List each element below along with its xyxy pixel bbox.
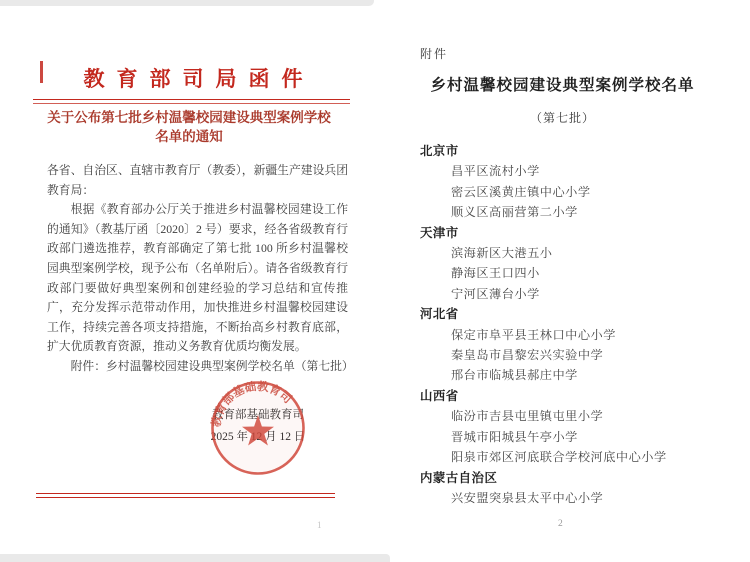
- footer-rule: [36, 493, 335, 498]
- notice-title: 关于公布第七批乡村温馨校园建设典型案例学校 名单的通知: [38, 108, 340, 146]
- page-number-left: 1: [317, 520, 322, 530]
- page-number-right: 2: [558, 519, 563, 529]
- attachment-label: 附件: [420, 45, 448, 62]
- school-item: 阳泉市郊区河底联合学校河底中心小学: [420, 447, 732, 467]
- scanned-document: 教育部司局函件 关于公布第七批乡村温馨校园建设典型案例学校 名单的通知 各省、自…: [0, 0, 750, 562]
- school-item: 密云区溪黄庄镇中心小学: [420, 182, 732, 202]
- school-item: 晋城市阳城县午亭小学: [420, 427, 732, 447]
- official-seal: 教育部基础教育司: [209, 379, 307, 477]
- school-item: 滨海新区大港五小: [420, 243, 732, 263]
- school-item: 顺义区高丽营第二小学: [420, 202, 732, 222]
- school-item: 兴安盟突泉县太平中心小学: [420, 488, 732, 508]
- region-heading: 天津市: [420, 223, 732, 243]
- letter-body: 各省、自治区、直辖市教育厅（教委），新疆生产建设兵团教育局： 根据《教育部办公厅…: [47, 161, 348, 377]
- scan-edge-bottom: [0, 554, 390, 562]
- region-heading: 内蒙古自治区: [420, 468, 732, 488]
- attachment-title: 乡村温馨校园建设典型案例学校名单: [375, 73, 750, 95]
- school-item: 秦皇岛市昌黎宏兴实验中学: [420, 345, 732, 365]
- scan-edge-top: [0, 0, 374, 6]
- attachment-reference: 附件：乡村温馨校园建设典型案例学校名单（第七批）: [47, 357, 348, 377]
- region-heading: 河北省: [420, 304, 732, 324]
- school-item: 静海区王口四小: [420, 263, 732, 283]
- attachment-subtitle: （第七批）: [375, 109, 750, 126]
- school-item: 临汾市吉县屯里镇屯里小学: [420, 406, 732, 426]
- school-item: 保定市阜平县王林口中心小学: [420, 325, 732, 345]
- region-heading: 北京市: [420, 141, 732, 161]
- body-paragraph: 根据《教育部办公厅关于推进乡村温馨校园建设工作的通知》（教基厅函〔2020〕2 …: [47, 200, 348, 357]
- letterhead-title: 教育部司局函件: [28, 63, 358, 93]
- notice-title-line2: 名单的通知: [38, 127, 340, 146]
- school-list: 北京市昌平区流村小学密云区溪黄庄镇中心小学顺义区高丽营第二小学天津市滨海新区大港…: [420, 141, 732, 508]
- notice-title-line1: 关于公布第七批乡村温馨校园建设典型案例学校: [38, 108, 340, 127]
- school-item: 昌平区流村小学: [420, 161, 732, 181]
- school-item: 宁河区薄台小学: [420, 284, 732, 304]
- salutation: 各省、自治区、直辖市教育厅（教委），新疆生产建设兵团教育局：: [47, 161, 348, 200]
- school-item: 邢台市临城县郝庄中学: [420, 365, 732, 385]
- region-heading: 山西省: [420, 386, 732, 406]
- letterhead-rule: [33, 99, 350, 104]
